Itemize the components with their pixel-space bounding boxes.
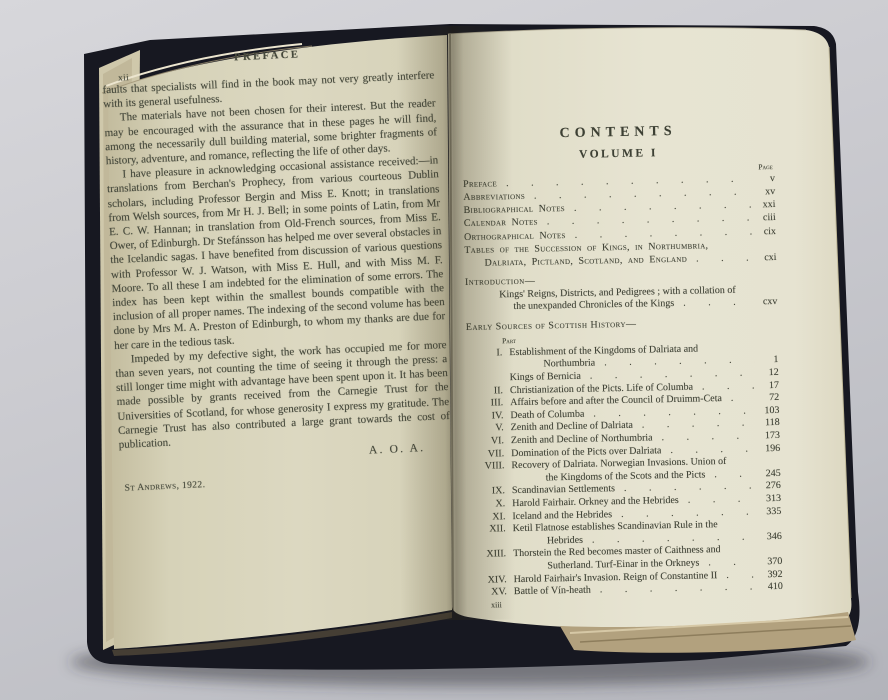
- toc-entry-page: 1: [754, 354, 778, 367]
- book-photo: xii PREFACE faults that specialists will…: [0, 0, 888, 700]
- introduction-entry: Kings' Reigns, Districts, and Pedigrees …: [465, 284, 777, 315]
- toc-entry-number: [470, 544, 513, 545]
- dot-leader: . . . . . . . . . . . . . . . . . . . . …: [699, 556, 758, 570]
- toc-entry-number: IX.: [469, 485, 512, 498]
- dot-leader: . . . . . . . . . . . . . . . . . . . . …: [722, 393, 756, 406]
- dot-leader: . . . . . . . . . . . . . . . . . . . . …: [687, 251, 753, 265]
- toc-entry-page: 245: [757, 468, 781, 481]
- toc-entry-page: xxi: [751, 198, 775, 212]
- toc-entry-number: III.: [467, 397, 510, 410]
- toc-entry-page: 72: [755, 392, 779, 405]
- toc-entry-page: 103: [755, 405, 779, 418]
- toc-entry-page: cix: [752, 225, 776, 239]
- toc-entry-number: XIII.: [470, 548, 513, 561]
- toc-entry-page: 346: [758, 531, 782, 544]
- toc-entry-page: xv: [751, 185, 775, 199]
- toc-entry: Kings' Reigns, Districts, and Pedigrees …: [499, 284, 777, 314]
- toc-entry-number: [469, 481, 512, 482]
- dot-leader: . . . . . . . . . . . . . . . . . . . . …: [717, 569, 759, 582]
- toc-entry-number: VII.: [468, 448, 511, 461]
- toc-entry-page: 276: [757, 480, 781, 493]
- contents-subtitle: VOLUME I: [462, 145, 774, 163]
- contents-page: CONTENTS VOLUME I Page Preface. . . . . …: [462, 124, 783, 612]
- toc-entry-number: XIV.: [471, 574, 514, 587]
- left-folio: xii: [118, 70, 130, 85]
- front-matter-list: Preface. . . . . . . . . . . . . . . . .…: [463, 172, 777, 270]
- preface-page: xii PREFACE faults that specialists will…: [101, 42, 453, 496]
- toc-entry-number: X.: [469, 498, 512, 511]
- toc-entry-page: 17: [755, 380, 779, 393]
- toc-entry-page: ciii: [752, 211, 776, 225]
- toc-entry-page: 392: [758, 568, 782, 581]
- dot-leader: . . . . . . . . . . . . . . . . . . . . …: [693, 380, 755, 394]
- toc-entry-number: [470, 569, 513, 570]
- toc-entry-page: 313: [757, 493, 781, 506]
- toc-entry-number: XI.: [469, 511, 512, 524]
- preface-body: faults that specialists will find in the…: [102, 68, 450, 452]
- toc-entry-page: 410: [759, 581, 783, 594]
- toc-entry-page: v: [751, 172, 775, 186]
- toc-entry-title: Battle of Vín-heath: [514, 585, 591, 599]
- toc-entry-number: XII.: [470, 523, 513, 536]
- toc-entry-page: 173: [756, 430, 780, 443]
- toc-entry-page: cxi: [752, 251, 776, 265]
- toc-entry-number: II.: [467, 385, 510, 398]
- toc-entry-page: 370: [758, 556, 782, 569]
- toc-entry-page: 118: [756, 417, 780, 430]
- toc-entry-number: I.: [466, 347, 509, 360]
- toc-entry-page: 335: [757, 506, 781, 519]
- toc-entry-number: V.: [468, 423, 511, 436]
- toc-entry-number: [467, 380, 510, 381]
- chapter-list: I.Establishment of the Kingdoms of Dalri…: [466, 342, 783, 600]
- toc-entry-number: XV.: [471, 586, 514, 599]
- toc-entry-number: VIII.: [468, 460, 511, 473]
- dot-leader: . . . . . . . . . . . . . . . . . . . . …: [705, 468, 757, 482]
- toc-entry-number: IV.: [467, 410, 510, 423]
- toc-entry-title: Abbreviations: [463, 190, 525, 204]
- preface-paragraph: I have pleasure in acknowledging occasio…: [106, 153, 446, 353]
- dot-leader: . . . . . . . . . . . . . . . . . . . . …: [674, 296, 753, 310]
- toc-entry-title: the unexpanded Chronicles of the Kings: [499, 298, 674, 314]
- toc-entry-title: Preface: [463, 177, 497, 191]
- toc-entry-number: VI.: [468, 435, 511, 448]
- toc-entry-page: 12: [755, 367, 779, 380]
- toc-entry-page: cxv: [753, 296, 777, 309]
- toc-entry: Tables of the Succession of Kings, in No…: [464, 238, 776, 270]
- toc-entry-number: [467, 368, 510, 369]
- dot-leader: . . . . . . . . . . . . . . . . . . . . …: [661, 443, 756, 457]
- preface-paragraph: Impeded by my defective sight, the work …: [115, 338, 451, 452]
- toc-entry-page: 196: [756, 443, 780, 456]
